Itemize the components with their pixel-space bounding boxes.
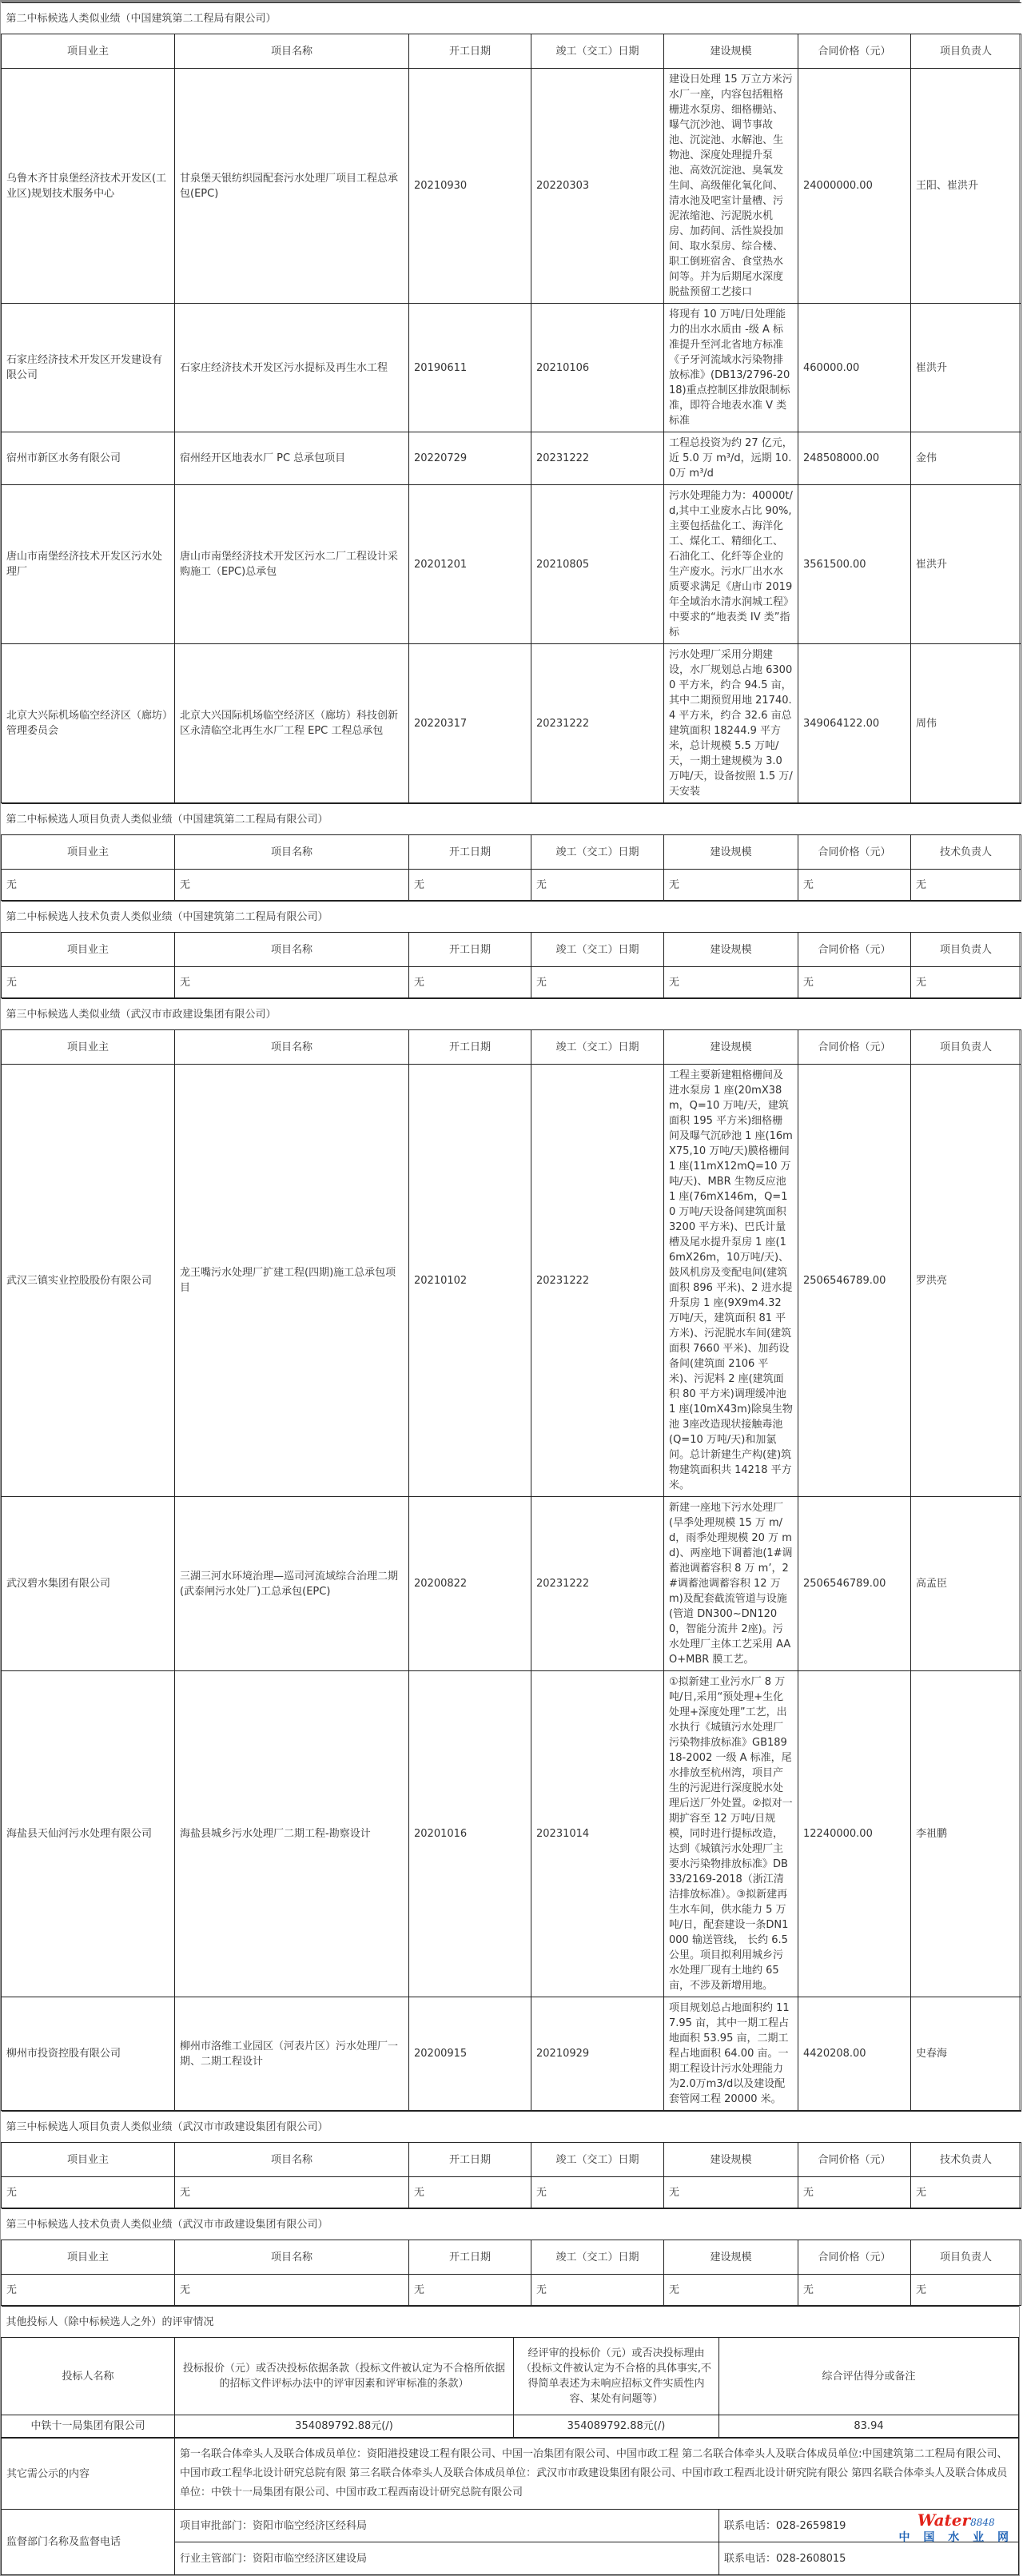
project-owner: 柳州市投资控股有限公司 — [2, 1997, 175, 2111]
start-date: 20220317 — [409, 644, 531, 803]
c2-performance-table: 第二中标候选人类似业绩（中国建筑第二工程局有限公司） 项目业主项目名称开工日期竣… — [1, 2, 1021, 803]
col-header: 项目业主 — [2, 835, 175, 870]
project-owner: 武汉碧水集团有限公司 — [2, 1497, 175, 1671]
col-header: 开工日期 — [409, 34, 531, 69]
project-manager: 史春海 — [911, 1997, 1021, 2111]
logo-sub: 中 国 水 业 网 — [899, 2530, 1014, 2546]
project-name: 北京大兴国际机场临空经济区（廊坊）科技创新区永清临空北再生水厂工程 EPC 工程… — [175, 644, 409, 803]
col-header: 建设规模 — [664, 933, 798, 967]
table-row: 中铁十一局集团有限公司 354089792.88元(/) 354089792.8… — [2, 2415, 1019, 2438]
contract-price: 24000000.00 — [798, 69, 911, 304]
construction-scale: 将现有 10 万吨/日处理能力的出水水质由 -级 A 标准提升至河北省地方标准《… — [664, 304, 798, 432]
col-header: 开工日期 — [409, 2240, 531, 2275]
table-row: 武汉碧水集团有限公司三湖三河水环境治理—巡司河流域综合治理二期(武泰闸污水处厂)… — [2, 1497, 1021, 1671]
project-name: 三湖三河水环境治理—巡司河流域综合治理二期(武泰闸污水处厂)工总承包(EPC) — [175, 1497, 409, 1671]
col-header: 项目负责人 — [911, 933, 1021, 967]
empty-cell: 无 — [531, 967, 664, 998]
completion-date: 20210106 — [531, 304, 664, 432]
supervision-phone: 联系电话：028-2608015 — [719, 2542, 1019, 2575]
completion-date: 20210805 — [531, 485, 664, 644]
empty-cell: 无 — [409, 967, 531, 998]
col-header: 开工日期 — [409, 2143, 531, 2177]
project-owner: 乌鲁木齐甘泉堡经济技术开发区(工业区)规划技术服务中心 — [2, 69, 175, 304]
start-date: 20201016 — [409, 1671, 531, 1997]
col-header: 合同价格（元） — [798, 2240, 911, 2275]
supervision-label: 监督部门名称及监督电话 — [2, 2510, 175, 2575]
construction-scale: ①拟新建工业污水厂 8 万吨/日,采用“预处理+生化处理+深度处理”工艺，出水执… — [664, 1671, 798, 1997]
bidder-name: 中铁十一局集团有限公司 — [2, 2415, 175, 2438]
col-header: 开工日期 — [409, 835, 531, 870]
table-header-row: 项目业主项目名称开工日期竣工（交工）日期建设规模合同价格（元）项目负责人 — [2, 34, 1021, 69]
col-header: 合同价格（元） — [798, 933, 911, 967]
completion-date: 20231222 — [531, 432, 664, 485]
project-name: 石家庄经济技术开发区污水提标及再生水工程 — [175, 304, 409, 432]
project-name: 龙王嘴污水处理厂扩建工程(四期)施工总承包项目 — [175, 1065, 409, 1497]
c2-pm-table: 第二中标候选人项目负责人类似业绩（中国建筑第二工程局有限公司） 项目业主项目名称… — [1, 803, 1021, 901]
col-header: 项目名称 — [175, 933, 409, 967]
empty-cell: 无 — [798, 2177, 911, 2208]
project-manager: 高孟臣 — [911, 1497, 1021, 1671]
completion-date: 20231014 — [531, 1671, 664, 1997]
section-title: 第二中标候选人类似业绩（中国建筑第二工程局有限公司） — [2, 3, 1021, 34]
col-header: 投标报价（元）或否决投标依据条款（投标文件被认定为不合格所依据的招标文件评标办法… — [175, 2338, 514, 2415]
other-bidders-table: 其他投标人（除中标候选人之外）的评审情况 投标人名称 投标报价（元）或否决投标依… — [1, 2306, 1019, 2438]
col-header: 合同价格（元） — [798, 2143, 911, 2177]
table-row: 无无无无无无无 — [2, 2275, 1021, 2306]
col-header: 项目名称 — [175, 2143, 409, 2177]
contract-price: 2506546789.00 — [798, 1065, 911, 1497]
col-header: 项目名称 — [175, 1030, 409, 1065]
project-owner: 宿州市新区水务有限公司 — [2, 432, 175, 485]
empty-cell: 无 — [175, 2275, 409, 2306]
empty-cell: 无 — [911, 2275, 1021, 2306]
empty-cell: 无 — [2, 967, 175, 998]
contract-price: 349064122.00 — [798, 644, 911, 803]
col-header: 竣工（交工）日期 — [531, 1030, 664, 1065]
section-title: 第二中标候选人项目负责人类似业绩（中国建筑第二工程局有限公司） — [2, 804, 1021, 835]
project-owner: 唐山市南堡经济技术开发区污水处理厂 — [2, 485, 175, 644]
empty-cell: 无 — [664, 2177, 798, 2208]
completion-date: 20210929 — [531, 1997, 664, 2111]
project-owner: 石家庄经济技术开发区开发建设有限公司 — [2, 304, 175, 432]
table-row: 乌鲁木齐甘泉堡经济技术开发区(工业区)规划技术服务中心甘泉堡天银纺织园配套污水处… — [2, 69, 1021, 304]
water8848-logo: Water8848 中 国 水 业 网 — [899, 2513, 1014, 2546]
col-header: 合同价格（元） — [798, 34, 911, 69]
score: 83.94 — [719, 2415, 1019, 2438]
project-manager: 李祖鹏 — [911, 1671, 1021, 1997]
supervision-dept: 行业主管部门：资阳市临空经济区建设局 — [175, 2542, 719, 2575]
col-header: 合同价格（元） — [798, 835, 911, 870]
logo-num: 8848 — [970, 2517, 995, 2528]
empty-cell: 无 — [2, 2275, 175, 2306]
col-header: 开工日期 — [409, 1030, 531, 1065]
col-header: 竣工（交工）日期 — [531, 2240, 664, 2275]
completion-date: 20231222 — [531, 1065, 664, 1497]
table-row: 其它需公示的内容 第一名联合体牵头人及联合体成员单位：资阳港投建设工程有限公司、… — [2, 2439, 1019, 2510]
construction-scale: 新建一座地下污水处理厂(旱季处理规模 15 万 m/d，雨季处理规模 20 万 … — [664, 1497, 798, 1671]
contract-price: 460000.00 — [798, 304, 911, 432]
table-row: 柳州市投资控股有限公司柳州市洛维工业园区（河表片区）污水处理厂一期、二期工程设计… — [2, 1997, 1021, 2111]
empty-cell: 无 — [531, 870, 664, 901]
project-name: 宿州经开区地表水厂 PC 总承包项目 — [175, 432, 409, 485]
start-date: 20201201 — [409, 485, 531, 644]
table-header-row: 项目业主项目名称开工日期竣工（交工）日期建设规模合同价格（元）技术负责人 — [2, 2143, 1021, 2177]
empty-cell: 无 — [664, 870, 798, 901]
col-header: 项目业主 — [2, 2143, 175, 2177]
start-date: 20200822 — [409, 1497, 531, 1671]
col-header: 项目负责人 — [911, 2240, 1021, 2275]
empty-cell: 无 — [531, 2177, 664, 2208]
construction-scale: 污水处理能力为：40000t/d,其中工业废水占比 90%,主要包括盐化工、海洋… — [664, 485, 798, 644]
logo-brand: Water — [918, 2510, 970, 2530]
table-header-row: 项目业主项目名称开工日期竣工（交工）日期建设规模合同价格（元）项目负责人 — [2, 2240, 1021, 2275]
col-header: 项目业主 — [2, 1030, 175, 1065]
table-header-row: 项目业主项目名称开工日期竣工（交工）日期建设规模合同价格（元）技术负责人 — [2, 835, 1021, 870]
misc-label: 其它需公示的内容 — [2, 2439, 175, 2510]
table-row: 石家庄经济技术开发区开发建设有限公司石家庄经济技术开发区污水提标及再生水工程20… — [2, 304, 1021, 432]
contract-price: 4420208.00 — [798, 1997, 911, 2111]
c2-tech-table: 第二中标候选人技术负责人类似业绩（中国建筑第二工程局有限公司） 项目业主项目名称… — [1, 901, 1021, 998]
project-name: 甘泉堡天银纺织园配套污水处理厂项目工程总承包(EPC) — [175, 69, 409, 304]
contract-price: 2506546789.00 — [798, 1497, 911, 1671]
empty-cell: 无 — [798, 967, 911, 998]
start-date: 20210930 — [409, 69, 531, 304]
table-row: 无无无无无无无 — [2, 967, 1021, 998]
section-title: 第三中标候选人项目负责人类似业绩（武汉市市政建设集团有限公司） — [2, 2112, 1021, 2143]
section-title: 第三中标候选人类似业绩（武汉市市政建设集团有限公司） — [2, 999, 1021, 1030]
col-header: 建设规模 — [664, 34, 798, 69]
empty-cell: 无 — [409, 870, 531, 901]
empty-cell: 无 — [409, 2275, 531, 2306]
completion-date: 20220303 — [531, 69, 664, 304]
misc-text: 第一名联合体牵头人及联合体成员单位：资阳港投建设工程有限公司、中国一冶集团有限公… — [175, 2439, 1019, 2510]
c3-pm-table: 第三中标候选人项目负责人类似业绩（武汉市市政建设集团有限公司） 项目业主项目名称… — [1, 2111, 1021, 2208]
col-header: 开工日期 — [409, 933, 531, 967]
section-title: 第二中标候选人技术负责人类似业绩（中国建筑第二工程局有限公司） — [2, 902, 1021, 933]
col-header: 建设规模 — [664, 2143, 798, 2177]
completion-date: 20231222 — [531, 644, 664, 803]
col-header: 项目业主 — [2, 34, 175, 69]
col-header: 合同价格（元） — [798, 1030, 911, 1065]
construction-scale: 工程主要新建粗格栅间及进水泵房 1 座(20mX38m，Q=10 万吨/天，建筑… — [664, 1065, 798, 1497]
col-header: 建设规模 — [664, 1030, 798, 1065]
empty-cell: 无 — [664, 2275, 798, 2306]
project-name: 唐山市南堡经济技术开发区污水二厂工程设计采购施工（EPC)总承包 — [175, 485, 409, 644]
empty-cell: 无 — [911, 870, 1021, 901]
col-header: 项目负责人 — [911, 1030, 1021, 1065]
col-header: 项目业主 — [2, 933, 175, 967]
table-row: 北京大兴际机场临空经济区（廊坊）管理委员会北京大兴国际机场临空经济区（廊坊）科技… — [2, 644, 1021, 803]
empty-cell: 无 — [531, 2275, 664, 2306]
construction-scale: 工程总投资为约 27 亿元，近 5.0 万 m³/d，远期 10.0万 m³/d — [664, 432, 798, 485]
supervision-phone: 联系电话：028-2659819 — [724, 2520, 846, 2532]
project-manager: 金伟 — [911, 432, 1021, 485]
empty-cell: 无 — [175, 2177, 409, 2208]
project-owner: 武汉三镇实业控股股份有限公司 — [2, 1065, 175, 1497]
col-header: 项目负责人 — [911, 34, 1021, 69]
reviewed-price: 354089792.88元(/) — [514, 2415, 719, 2438]
section-title: 其他投标人（除中标候选人之外）的评审情况 — [2, 2307, 1019, 2338]
col-header: 建设规模 — [664, 2240, 798, 2275]
project-owner: 海盐县天仙河污水处理有限公司 — [2, 1671, 175, 1997]
contract-price: 248508000.00 — [798, 432, 911, 485]
table-header-row: 投标人名称 投标报价（元）或否决投标依据条款（投标文件被认定为不合格所依据的招标… — [2, 2338, 1019, 2415]
col-header: 项目名称 — [175, 835, 409, 870]
empty-cell: 无 — [409, 2177, 531, 2208]
col-header: 综合评估得分或备注 — [719, 2338, 1019, 2415]
empty-cell: 无 — [2, 870, 175, 901]
table-row: 唐山市南堡经济技术开发区污水处理厂唐山市南堡经济技术开发区污水二厂工程设计采购施… — [2, 485, 1021, 644]
c3-tech-table: 第三中标候选人技术负责人类似业绩（武汉市市政建设集团有限公司） 项目业主项目名称… — [1, 2208, 1021, 2306]
project-manager: 罗洪亮 — [911, 1065, 1021, 1497]
start-date: 20200915 — [409, 1997, 531, 2111]
construction-scale: 项目规划总占地面积约 117.95 亩，其中一期工程占地面积 53.95 亩，二… — [664, 1997, 798, 2111]
table-row: 宿州市新区水务有限公司宿州经开区地表水厂 PC 总承包项目20220729202… — [2, 432, 1021, 485]
project-manager: 王阳、崔洪升 — [911, 69, 1021, 304]
c3-performance-table: 第三中标候选人类似业绩（武汉市市政建设集团有限公司） 项目业主项目名称开工日期竣… — [1, 998, 1021, 2111]
table-row: 无无无无无无无 — [2, 870, 1021, 901]
empty-cell: 无 — [175, 870, 409, 901]
project-owner: 北京大兴际机场临空经济区（廊坊）管理委员会 — [2, 644, 175, 803]
col-header: 技术负责人 — [911, 835, 1021, 870]
start-date: 20210102 — [409, 1065, 531, 1497]
col-header: 投标人名称 — [2, 2338, 175, 2415]
supervision-phone-cell: 联系电话：028-2659819 Water8848 中 国 水 业 网 — [719, 2510, 1019, 2542]
empty-cell: 无 — [798, 870, 911, 901]
table-row: 武汉三镇实业控股股份有限公司龙王嘴污水处理厂扩建工程(四期)施工总承包项目202… — [2, 1065, 1021, 1497]
col-header: 建设规模 — [664, 835, 798, 870]
table-row: 监督部门名称及监督电话 项目审批部门：资阳市临空经济区经科局 联系电话：028-… — [2, 2510, 1019, 2542]
col-header: 竣工（交工）日期 — [531, 2143, 664, 2177]
contract-price: 3561500.00 — [798, 485, 911, 644]
col-header: 项目业主 — [2, 2240, 175, 2275]
table-row: 海盐县天仙河污水处理有限公司海盐县城乡污水处理厂二期工程-勘察设计2020101… — [2, 1671, 1021, 1997]
misc-table: 其它需公示的内容 第一名联合体牵头人及联合体成员单位：资阳港投建设工程有限公司、… — [1, 2438, 1019, 2575]
empty-cell: 无 — [175, 967, 409, 998]
construction-scale: 污水处理厂采用分期建设，水厂规划总占地 63000 平方米，约合 94.5 亩，… — [664, 644, 798, 803]
project-name: 柳州市洛维工业园区（河表片区）污水处理厂一期、二期工程设计 — [175, 1997, 409, 2111]
empty-cell: 无 — [798, 2275, 911, 2306]
project-manager: 周伟 — [911, 644, 1021, 803]
bid-price: 354089792.88元(/) — [175, 2415, 514, 2438]
col-header: 竣工（交工）日期 — [531, 933, 664, 967]
empty-cell: 无 — [664, 967, 798, 998]
start-date: 20190611 — [409, 304, 531, 432]
project-manager: 崔洪升 — [911, 304, 1021, 432]
col-header: 经评审的投标价（元）或否决投标理由（投标文件被认定为不合格的具体事实,不得简单表… — [514, 2338, 719, 2415]
col-header: 竣工（交工）日期 — [531, 835, 664, 870]
col-header: 项目名称 — [175, 2240, 409, 2275]
col-header: 项目名称 — [175, 34, 409, 69]
project-manager: 崔洪升 — [911, 485, 1021, 644]
section-title: 第三中标候选人技术负责人类似业绩（武汉市市政建设集团有限公司） — [2, 2209, 1021, 2240]
empty-cell: 无 — [2, 2177, 175, 2208]
table-row: 无无无无无无无 — [2, 2177, 1021, 2208]
col-header: 技术负责人 — [911, 2143, 1021, 2177]
construction-scale: 建设日处理 15 万立方米污水厂一座，内容包括粗格栅进水泵房、细格栅站、曝气沉沙… — [664, 69, 798, 304]
supervision-dept: 项目审批部门：资阳市临空经济区经科局 — [175, 2510, 719, 2542]
start-date: 20220729 — [409, 432, 531, 485]
completion-date: 20231222 — [531, 1497, 664, 1671]
contract-price: 12240000.00 — [798, 1671, 911, 1997]
empty-cell: 无 — [911, 967, 1021, 998]
bid-result-document: 第二中标候选人类似业绩（中国建筑第二工程局有限公司） 项目业主项目名称开工日期竣… — [0, 0, 1020, 2576]
table-header-row: 项目业主项目名称开工日期竣工（交工）日期建设规模合同价格（元）项目负责人 — [2, 1030, 1021, 1065]
table-header-row: 项目业主项目名称开工日期竣工（交工）日期建设规模合同价格（元）项目负责人 — [2, 933, 1021, 967]
project-name: 海盐县城乡污水处理厂二期工程-勘察设计 — [175, 1671, 409, 1997]
empty-cell: 无 — [911, 2177, 1021, 2208]
col-header: 竣工（交工）日期 — [531, 34, 664, 69]
